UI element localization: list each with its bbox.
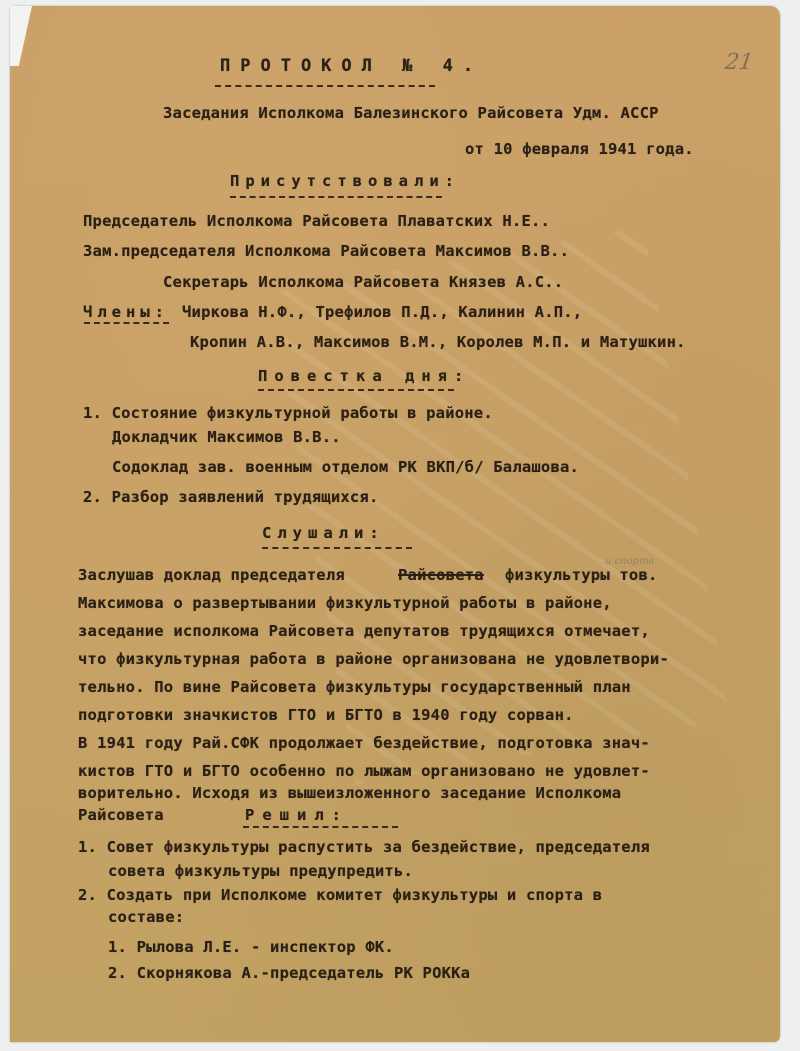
- heard-line-1a: Заслушав доклад председателя: [78, 566, 345, 584]
- committee-member-1: 1. Рылова Л.Е. - инспектор ФК.: [108, 938, 394, 956]
- document-title: ПРОТОКОЛ № 4.: [220, 56, 483, 76]
- decision-2: 2. Создать при Исполкоме комитет физкуль…: [78, 886, 602, 904]
- present-underline: [230, 196, 442, 198]
- torn-corner: [10, 6, 32, 66]
- heard-line-7: В 1941 году Рай.СФК продолжает бездейств…: [78, 734, 650, 752]
- committee-member-2: 2. Скорнякова А.-председатель РК РОККа: [108, 964, 470, 982]
- present-line-1: Председатель Исполкома Райсовета Плаватс…: [83, 212, 550, 230]
- sheet-number: 21: [723, 50, 755, 75]
- heard-line-6: подготовки значкистов ГТО и БГТО в 1940 …: [78, 706, 574, 724]
- heard-line-1b: физкультуры тов.: [505, 566, 658, 584]
- members-underline: [84, 322, 169, 324]
- members-line-1: Чиркова Н.Ф., Трефилов П.Д., Калинин А.П…: [182, 303, 582, 321]
- heard-underline: [262, 547, 412, 549]
- subtitle-line-1: Заседания Исполкома Балезинского Райсове…: [163, 104, 659, 122]
- heard-line-8: кистов ГТО и БГТО особенно по лыжам орга…: [78, 762, 650, 780]
- struck-word: Райсовета: [398, 566, 484, 584]
- decision-1-cont: совета физкультуры предупредить.: [108, 862, 413, 880]
- decision-1: 1. Совет физкультуры распустить за безде…: [78, 838, 650, 856]
- subtitle-line-2: от 10 февраля 1941 года.: [465, 140, 694, 158]
- agenda-cospeaker: Содоклад зав. военным отделом РК ВКП/б/ …: [112, 458, 579, 476]
- heard-line-3: заседание исполкома Райсовета депутатов …: [78, 622, 650, 640]
- heard-line-2: Максимова о развертывании физкультурной …: [78, 594, 612, 612]
- present-line-2: Зам.председателя Исполкома Райсовета Мак…: [83, 242, 569, 260]
- agenda-heading: Повестка дня:: [258, 367, 470, 385]
- agenda-item-1: 1. Состояние физкультурной работы в райо…: [83, 404, 493, 422]
- decided-heading: Решил:: [245, 806, 349, 824]
- members-line-2: Кропин А.В., Максимов В.М., Королев М.П.…: [190, 333, 686, 351]
- heard-line-4: что физкультурная работа в районе органи…: [78, 650, 669, 668]
- agenda-speaker: Докладчик Максимов В.В..: [112, 428, 341, 446]
- agenda-underline: [258, 389, 454, 391]
- agenda-item-2: 2. Разбор заявлений трудящихся.: [83, 488, 379, 506]
- present-line-3: Секретарь Исполкома Райсовета Князев А.С…: [163, 273, 563, 291]
- members-label: Члены:: [83, 303, 169, 321]
- present-heading: Присутствовали:: [230, 172, 460, 190]
- heard-heading: Слушали:: [262, 524, 385, 542]
- decision-2-cont: составе:: [108, 908, 184, 926]
- title-underline: [215, 85, 435, 87]
- heard-line-10: Райсовета: [78, 806, 164, 824]
- heard-line-5: тельно. По вине Райсовета физкультуры го…: [78, 678, 631, 696]
- heard-line-9: ворительно. Исходя из вышеизложенного за…: [78, 784, 621, 802]
- decided-underline: [243, 826, 398, 828]
